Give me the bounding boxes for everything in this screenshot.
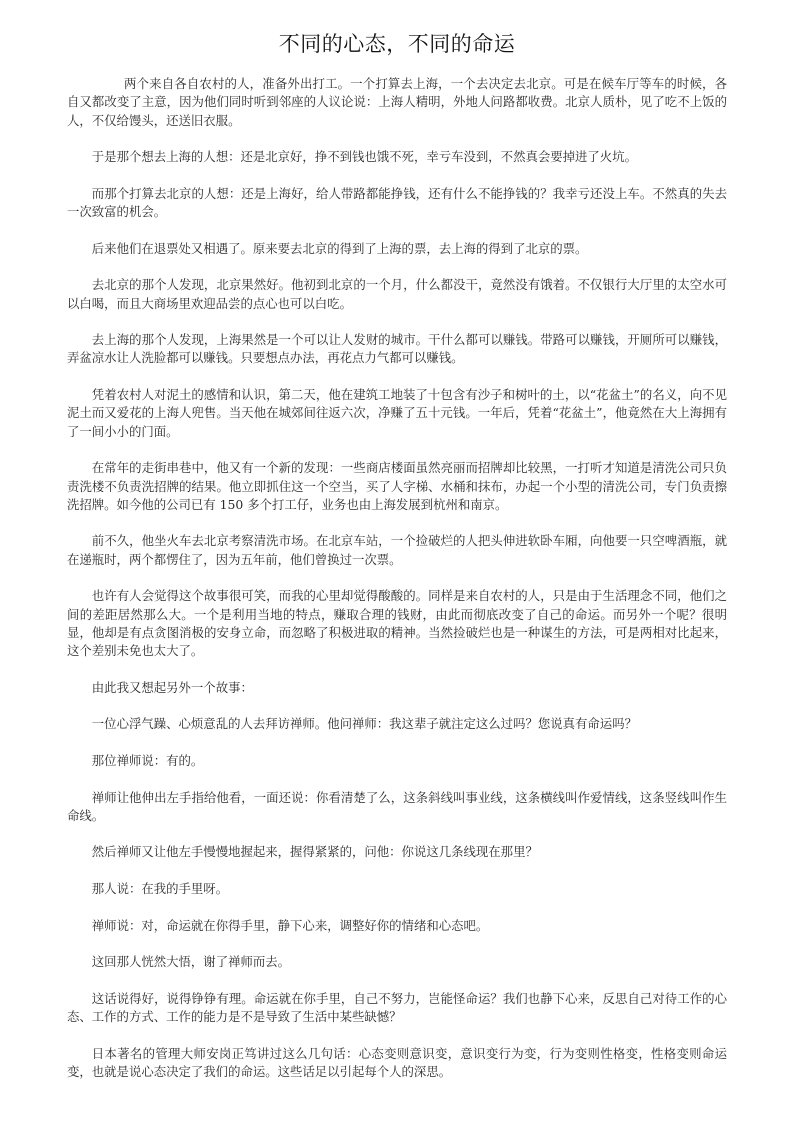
document-page: 不同的心态，不同的命运 两个来自各自农村的人，准备外出打工。一个打算去上海，一个… bbox=[67, 30, 727, 1100]
paragraph-15: 然后禅师又让他左手慢慢地握起来，握得紧紧的，问他：你说这几条线现在那里？ bbox=[67, 843, 727, 861]
paragraph-5: 去北京的那个人发现，北京果然好。他初到北京的一个月，什么都没干，竟然没有饿着。不… bbox=[67, 276, 727, 313]
paragraph-1: 两个来自各自农村的人，准备外出打工。一个打算去上海，一个去决定去北京。可是在候车… bbox=[67, 75, 727, 130]
paragraph-19: 这话说得好，说得铮铮有理。命运就在你手里，自己不努力，岂能怪命运？我们也静下心来… bbox=[67, 990, 727, 1027]
paragraph-16: 那人说：在我的手里呀。 bbox=[67, 880, 727, 898]
document-title: 不同的心态，不同的命运 bbox=[67, 30, 727, 58]
paragraph-14: 禅师让他伸出左手指给他看，一面还说：你看清楚了么，这条斜线叫事业线，这条横线叫作… bbox=[67, 789, 727, 826]
paragraph-18: 这回那人恍然大悟，谢了禅师而去。 bbox=[67, 953, 727, 971]
paragraph-20: 日本著名的管理大师安岗正笃讲过这么几句话：心态变则意识变，意识变行为变，行为变则… bbox=[67, 1045, 727, 1082]
paragraph-12: 一位心浮气躁、心烦意乱的人去拜访禅师。他问禅师：我这辈子就注定这么过吗？您说真有… bbox=[67, 715, 727, 733]
paragraph-8: 在常年的走街串巷中，他又有一个新的发现：一些商店楼面虽然亮丽而招牌却比较黑，一打… bbox=[67, 459, 727, 514]
paragraph-6: 去上海的那个人发现，上海果然是一个可以让人发财的城市。干什么都可以赚钱。带路可以… bbox=[67, 331, 727, 368]
paragraph-13: 那位禅师说：有的。 bbox=[67, 752, 727, 770]
paragraph-10: 也许有人会觉得这个故事很可笑，而我的心里却觉得酸酸的。同样是来自农村的人，只是由… bbox=[67, 587, 727, 660]
paragraph-7: 凭着农村人对泥土的感情和认识，第二天，他在建筑工地装了十包含有沙子和树叶的土，以… bbox=[67, 386, 727, 441]
paragraph-4: 后来他们在退票处又相遇了。原来要去北京的得到了上海的票，去上海的得到了北京的票。 bbox=[67, 240, 727, 258]
paragraph-11: 由此我又想起另外一个故事： bbox=[67, 679, 727, 697]
paragraph-9: 前不久，他坐火车去北京考察清洗市场。在北京车站，一个捡破烂的人把头伸进软卧车厢，… bbox=[67, 532, 727, 569]
paragraph-17: 禅师说：对，命运就在你得手里，静下心来，调整好你的情绪和心态吧。 bbox=[67, 917, 727, 935]
paragraph-3: 而那个打算去北京的人想：还是上海好，给人带路都能挣钱，还有什么不能挣钱的？我幸亏… bbox=[67, 185, 727, 222]
paragraph-2: 于是那个想去上海的人想：还是北京好，挣不到钱也饿不死，幸亏车没到，不然真会要掉进… bbox=[67, 148, 727, 166]
